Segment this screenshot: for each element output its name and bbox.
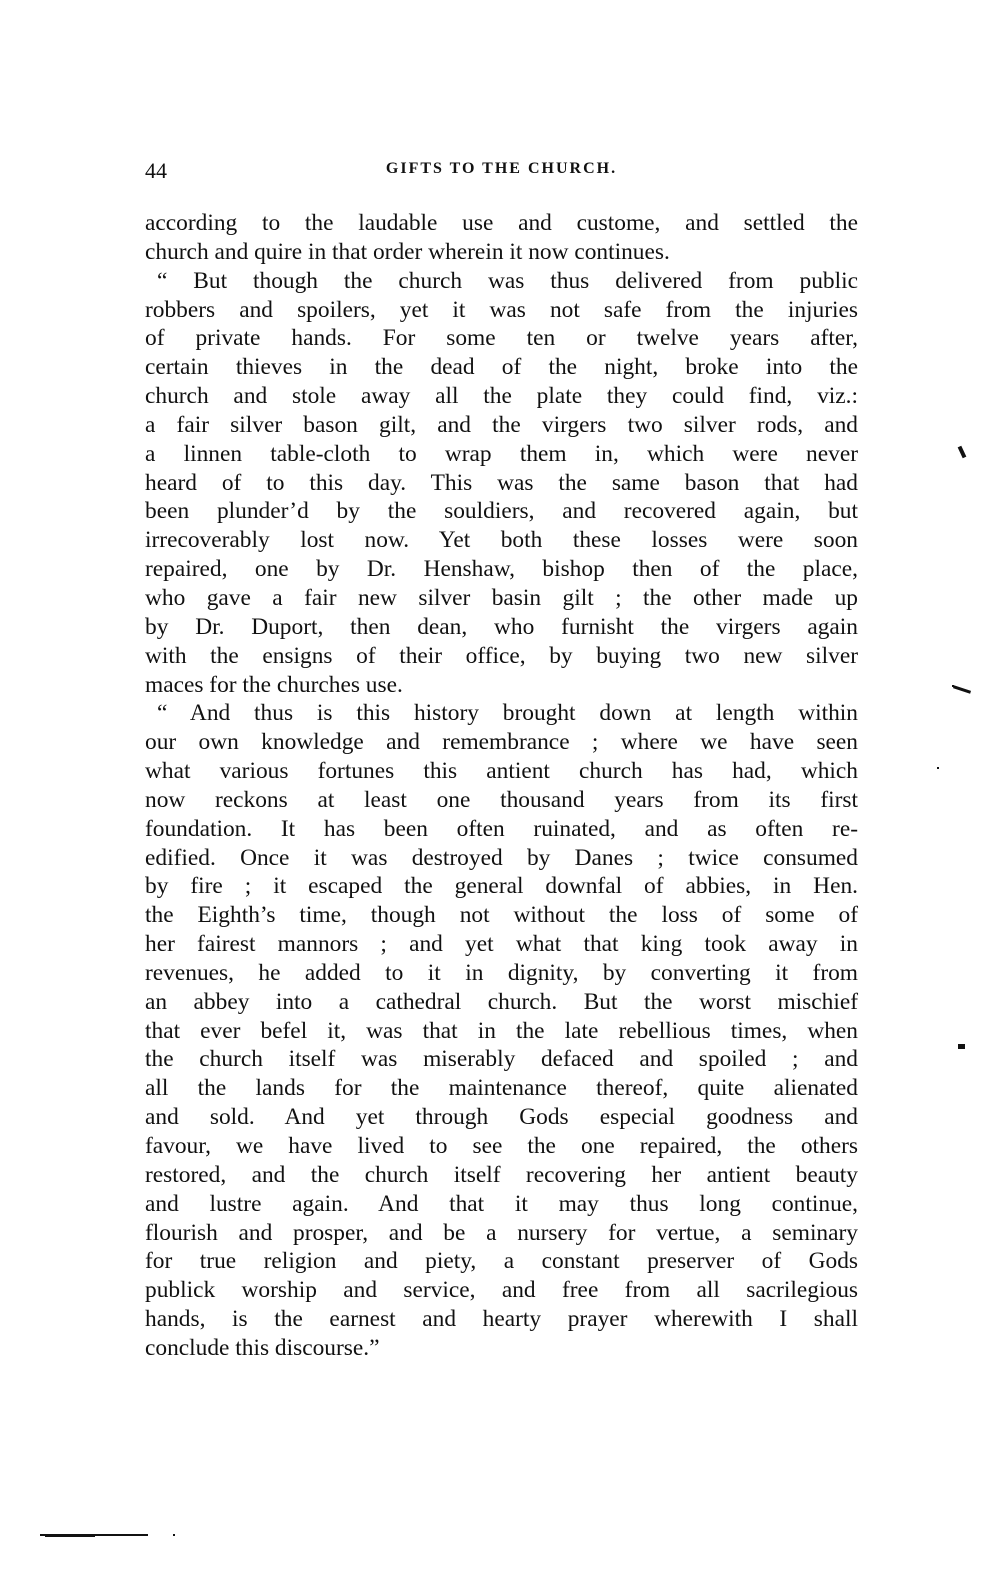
paragraph-start-line: “ And thus is this history brought down … [145,699,858,728]
text-line: the church itself was miserably defaced … [145,1045,858,1074]
text-line: repaired, one by Dr. Henshaw, bishop the… [145,555,858,584]
text-line: favour, we have lived to see the one rep… [145,1132,858,1161]
text-line: that ever befel it, was that in the late… [145,1017,858,1046]
text-line: certain thieves in the dead of the night… [145,353,858,382]
text-line: irrecoverably lost now. Yet both these l… [145,526,858,555]
text-line: and lustre again. And that it may thus l… [145,1190,858,1219]
text-line: who gave a fair new silver basin gilt ; … [145,584,858,613]
text-line: robbers and spoilers, yet it was not saf… [145,296,858,325]
text-line: maces for the churches use. [145,671,858,700]
text-line: restored, and the church itself recoveri… [145,1161,858,1190]
scan-speck [173,1534,175,1536]
text-line: publick worship and service, and free fr… [145,1276,858,1305]
text-line: for true religion and piety, a constant … [145,1247,858,1276]
text-line: foundation. It has been often ruinated, … [145,815,858,844]
text-line: according to the laudable use and custom… [145,209,858,238]
text-line: conclude this discourse.” [145,1334,858,1363]
text-line: church and stole away all the plate they… [145,382,858,411]
text-line: edified. Once it was destroyed by Danes … [145,844,858,873]
text-line: a fair silver bason gilt, and the virger… [145,411,858,440]
text-line: of private hands. For some ten or twelve… [145,324,858,353]
scan-speck [953,685,971,693]
text-line: with the ensigns of their office, by buy… [145,642,858,671]
running-title: GIFTS TO THE CHURCH. [145,160,858,178]
text-line: revenues, he added to it in dignity, by … [145,959,858,988]
body-text: according to the laudable use and custom… [145,209,858,1363]
text-line: now reckons at least one thousand years … [145,786,858,815]
text-line: a linnen table-cloth to wrap them in, wh… [145,440,858,469]
text-line: the Eighth’s time, though not without th… [145,901,858,930]
text-line: by fire ; it escaped the general downfal… [145,872,858,901]
scan-speck [958,446,967,459]
text-line: been plunder’d by the souldiers, and rec… [145,497,858,526]
text-line: heard of to this day. This was the same … [145,469,858,498]
text-line: an abbey into a cathedral church. But th… [145,988,858,1017]
text-line: all the lands for the maintenance thereo… [145,1074,858,1103]
paragraph-start-line: “ But though the church was thus deliver… [145,267,858,296]
text-line: church and quire in that order wherein i… [145,238,858,267]
book-page: 44 GIFTS TO THE CHURCH. according to the… [0,0,1000,1569]
scan-speck [958,1044,965,1049]
scan-speck [937,767,939,769]
text-line: what various fortunes this antient churc… [145,757,858,786]
text-line: hands, is the earnest and hearty prayer … [145,1305,858,1334]
text-line: our own knowledge and remembrance ; wher… [145,728,858,757]
text-line: her fairest mannors ; and yet what that … [145,930,858,959]
footer-rule-thick [45,1534,95,1537]
text-line: by Dr. Duport, then dean, who furnisht t… [145,613,858,642]
text-line: and sold. And yet through Gods especial … [145,1103,858,1132]
running-head: 44 GIFTS TO THE CHURCH. [145,158,858,186]
text-line: flourish and prosper, and be a nursery f… [145,1219,858,1248]
